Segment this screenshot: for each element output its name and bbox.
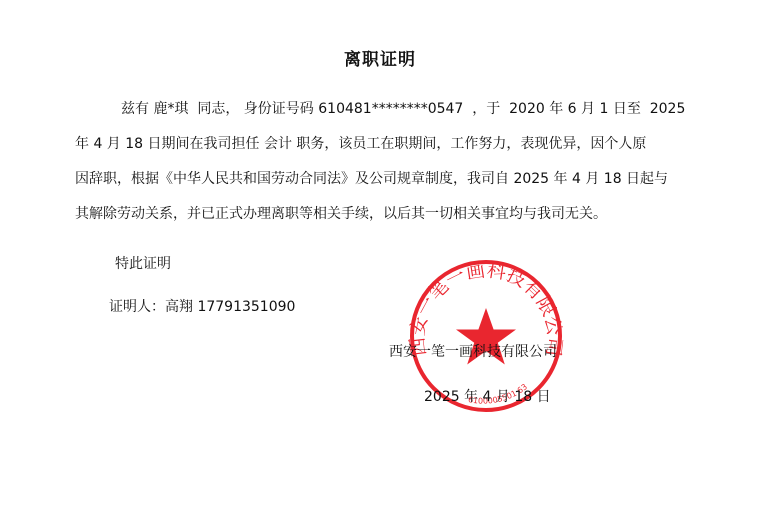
closing-text: 特此证明 [115, 255, 171, 273]
issue-date: 2025 年 4 月 18 日 [424, 388, 551, 406]
certifier-text: 证明人：高翔 17791351090 [109, 298, 295, 316]
document-title: 离职证明 [0, 45, 760, 70]
document-page: 离职证明 兹有 鹿*琪 同志， 身份证号码 610481********0547… [0, 0, 760, 524]
body-line-1: 兹有 鹿*琪 同志， 身份证号码 610481********0547 ，于 2… [121, 100, 685, 118]
company-name: 西安一笔一画科技有限公司 [389, 343, 557, 361]
body-line-4: 其解除劳动关系，并已正式办理离职等相关手续，以后其一切相关事宜均与我司无关。 [75, 205, 607, 223]
body-line-2: 年 4 月 18 日期间在我司担任 会计 职务，该员工在职期间，工作努力，表现优… [75, 135, 646, 153]
body-line-3: 因辞职，根据《中华人民共和国劳动合同法》及公司规章制度，我司自 2025 年 4… [75, 170, 668, 188]
